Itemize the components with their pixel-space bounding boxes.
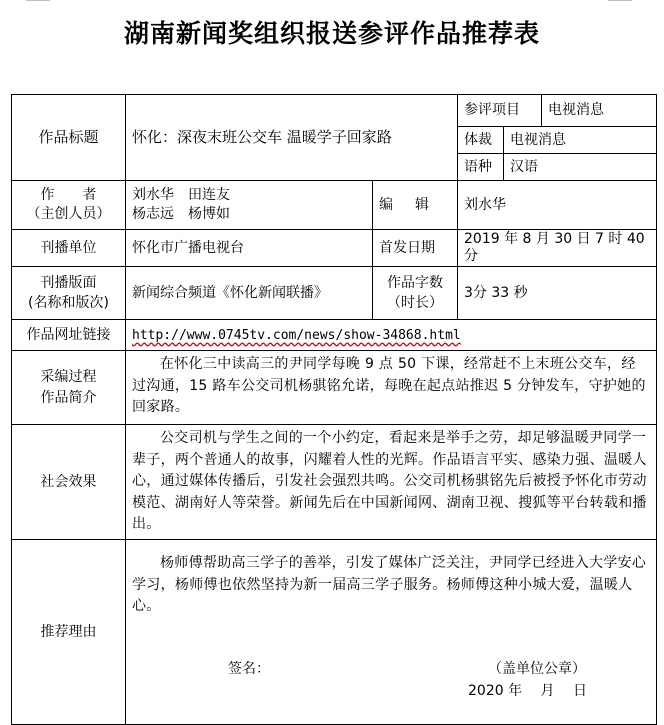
editor-label: 编 辑 — [379, 195, 433, 216]
process-text: 在怀化三中读高三的尹同学每晚 9 点 50 下课，经常赶不上末班公交车，经过沟通… — [132, 354, 648, 419]
social-effect-text-cell: 公交司机与学生之间的一个小约定，看起来是举手之劳，却足够温暖尹同学一辈子，两个普… — [125, 424, 657, 540]
length-label-line1: 作品字数 — [387, 273, 443, 293]
recommendation-text: 杨师傅帮助高三学子的善举，引发了媒体广泛关注，尹同学已经进入大学安心学习，杨师傅… — [132, 553, 648, 618]
author-names-line1: 刘水华 田连友 — [132, 186, 230, 205]
editor-label-cell: 编 辑 — [372, 180, 458, 230]
work-url-link[interactable]: http://www.0745tv.com/news/show-34868.ht… — [132, 325, 461, 346]
language-value: 汉语 — [510, 157, 538, 178]
process-text-cell: 在怀化三中读高三的尹同学每晚 9 点 50 下课，经常赶不上末班公交车，经过沟通… — [125, 350, 657, 425]
page-corner-mark-left — [26, 0, 50, 1]
publisher-value-cell: 怀化市广播电视台 — [125, 229, 373, 267]
page-title: 湖南新闻奖组织报送参评作品推荐表 — [0, 14, 664, 50]
first-date-label-cell: 首发日期 — [372, 229, 458, 267]
social-effect-text: 公交司机与学生之间的一个小约定，看起来是举手之劳，却足够温暖尹同学一辈子，两个普… — [132, 428, 648, 536]
page-corner-mark-right — [608, 0, 632, 1]
language-label: 语种 — [464, 157, 492, 178]
section-label-line1: 刊播版面 — [41, 273, 97, 293]
first-date-value-cell: 2019 年 8 月 30 日 7 时 40 分 — [457, 229, 657, 267]
signature-date: 2020 年 月 日 — [468, 680, 587, 700]
editor-value: 刘水华 — [464, 195, 506, 216]
genre-value-cell: 电视消息 — [503, 126, 657, 154]
url-value-cell: http://www.0745tv.com/news/show-34868.ht… — [125, 319, 657, 351]
social-effect-label-cell: 社会效果 — [11, 424, 126, 540]
genre-label: 体裁 — [464, 130, 492, 151]
author-names-cell: 刘水华 田连友 杨志远 杨博如 — [125, 180, 373, 230]
first-date-label: 首发日期 — [379, 238, 435, 259]
publisher-value: 怀化市广播电视台 — [132, 238, 244, 259]
work-title-label: 作品标题 — [38, 127, 98, 148]
genre-value: 电视消息 — [510, 130, 566, 151]
process-label-cell: 采编过程 作品简介 — [11, 350, 126, 425]
language-value-cell: 汉语 — [503, 153, 657, 181]
work-title-value-cell: 怀化：深夜末班公交车 温暖学子回家路 — [125, 94, 458, 181]
length-label-line2: （时长） — [387, 293, 443, 313]
length-value-cell: 3分 33 秒 — [457, 266, 657, 320]
author-names-line2: 杨志远 杨博如 — [132, 205, 230, 224]
category-label-cell: 参评项目 — [457, 94, 542, 127]
author-label-line1: 作 者 — [41, 186, 97, 205]
length-label-cell: 作品字数 （时长） — [372, 266, 458, 320]
work-title-label-cell: 作品标题 — [11, 94, 126, 181]
category-value-cell: 电视消息 — [541, 94, 657, 127]
section-label-line2: (名称和版次) — [28, 293, 109, 313]
category-label: 参评项目 — [464, 100, 520, 121]
genre-label-cell: 体裁 — [457, 126, 504, 154]
section-label-cell: 刊播版面 (名称和版次) — [11, 266, 126, 320]
publisher-label: 刊播单位 — [41, 238, 97, 259]
signature-label: 签名： — [228, 658, 270, 678]
url-label: 作品网址链接 — [27, 325, 111, 346]
publisher-label-cell: 刊播单位 — [11, 229, 126, 267]
first-date-value: 2019 年 8 月 30 日 7 时 40 分 — [464, 231, 652, 265]
work-title-value: 怀化：深夜末班公交车 温暖学子回家路 — [132, 127, 392, 148]
category-value: 电视消息 — [548, 100, 604, 121]
seal-label: （盖单位公章） — [488, 658, 586, 678]
author-label-cell: 作 者 （主创人员） — [11, 180, 126, 230]
recommendation-label: 推荐理由 — [41, 622, 97, 643]
process-label-line1: 采编过程 — [41, 367, 97, 388]
editor-value-cell: 刘水华 — [457, 180, 657, 230]
process-label-line2: 作品简介 — [41, 388, 97, 409]
language-label-cell: 语种 — [457, 153, 504, 181]
recommendation-label-cell: 推荐理由 — [11, 539, 126, 725]
section-value-cell: 新闻综合频道《怀化新闻联播》 — [125, 266, 373, 320]
length-value: 3分 33 秒 — [464, 283, 528, 304]
social-effect-label: 社会效果 — [41, 472, 97, 493]
url-label-cell: 作品网址链接 — [11, 319, 126, 351]
author-label-line2: （主创人员） — [27, 205, 111, 224]
section-value: 新闻综合频道《怀化新闻联播》 — [132, 283, 328, 304]
